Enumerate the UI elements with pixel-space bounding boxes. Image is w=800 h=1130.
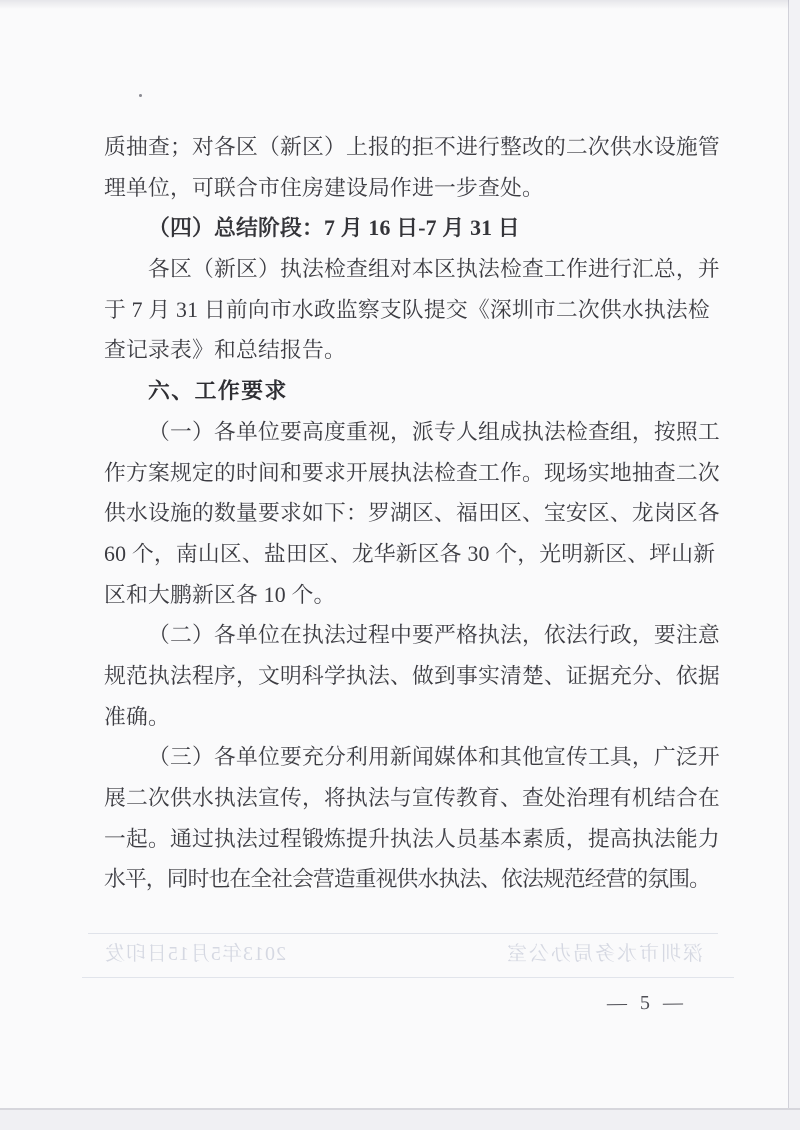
scan-edge-right-line	[788, 0, 789, 1130]
scan-speck	[139, 94, 142, 97]
text-line: 六、工作要求	[104, 371, 720, 412]
page-number: — 5 —	[592, 991, 702, 1015]
text-line: 查记录表》和总结报告。	[104, 330, 720, 371]
bleed-through-rule	[82, 977, 734, 978]
text-line: （一）各单位要高度重视，派专人组成执法检查组，按照工	[104, 412, 720, 453]
bleed-through-rule	[88, 933, 718, 934]
text-line: 理单位，可联合市住房建设局作进一步查处。	[104, 168, 720, 209]
text-line: 作方案规定的时间和要求开展执法检查工作。现场实地抽查二次	[104, 453, 720, 494]
text-line: 供水设施的数量要求如下：罗湖区、福田区、宝安区、龙岗区各	[104, 493, 720, 534]
text-line: 各区（新区）执法检查组对本区执法检查工作进行汇总，并	[104, 249, 720, 290]
text-line: 60 个，南山区、盐田区、龙华新区各 30 个，光明新区、坪山新	[104, 534, 720, 575]
bleed-through-office-name: 深圳市水务局办公室	[502, 942, 706, 966]
scan-edge-right-shade	[789, 0, 800, 1130]
text-line: （三）各单位要充分利用新闻媒体和其他宣传工具，广泛开	[104, 737, 720, 778]
text-line: 水平，同时也在全社会营造重视供水执法、依法规范经营的氛围。	[104, 859, 720, 900]
text-line: 准确。	[104, 697, 720, 738]
text-line: 一起。通过执法过程锻炼提升执法人员基本素质，提高执法能力	[104, 819, 720, 860]
scanned-document-page: 质抽查；对各区（新区）上报的拒不进行整改的二次供水设施管理单位，可联合市住房建设…	[0, 0, 800, 1130]
text-line: （二）各单位在执法过程中要严格执法，依法行政，要注意	[104, 615, 720, 656]
document-body: 质抽查；对各区（新区）上报的拒不进行整改的二次供水设施管理单位，可联合市住房建设…	[104, 127, 720, 900]
text-line: 区和大鹏新区各 10 个。	[104, 575, 720, 616]
text-line: 规范执法程序，文明科学执法、做到事实清楚、证据充分、依据	[104, 656, 720, 697]
text-line: 质抽查；对各区（新区）上报的拒不进行整改的二次供水设施管	[104, 127, 720, 168]
text-line: （四）总结阶段：7 月 16 日-7 月 31 日	[104, 208, 720, 249]
bleed-through-print-date: 2013年5月15日印发	[108, 942, 286, 966]
text-line: 于 7 月 31 日前向市水政监察支队提交《深圳市二次供水执法检	[104, 290, 720, 331]
scan-edge-bottom	[0, 1110, 800, 1130]
scan-edge-top	[0, 0, 800, 9]
text-line: 展二次供水执法宣传，将执法与宣传教育、查处治理有机结合在	[104, 778, 720, 819]
